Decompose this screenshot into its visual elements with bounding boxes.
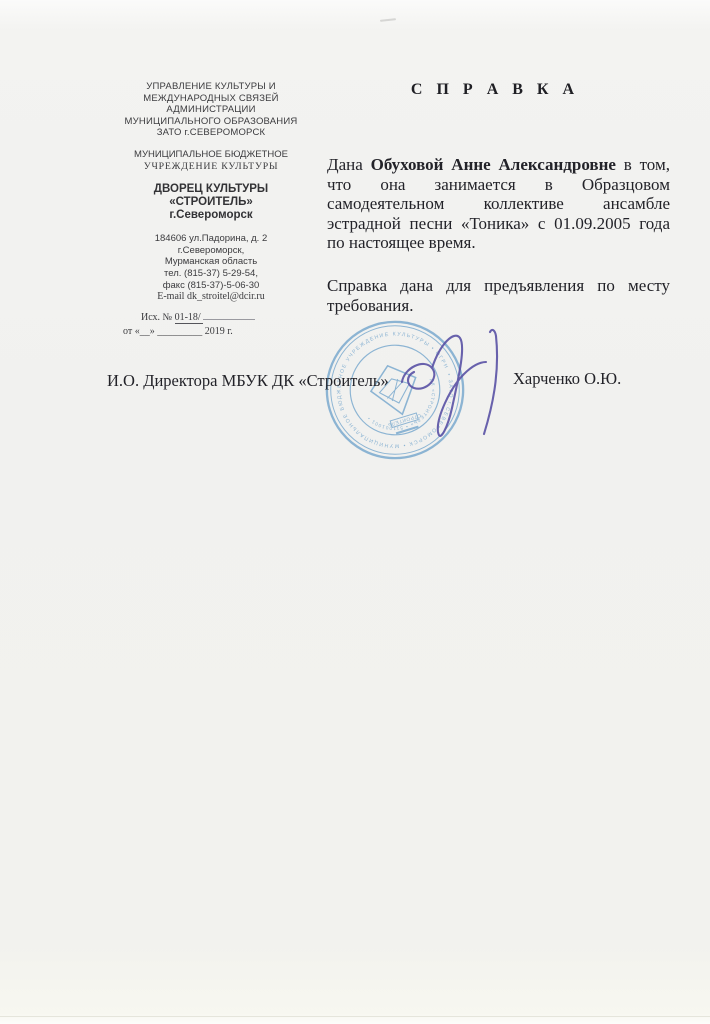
letterhead-address-line: 184606 ул.Падорина, д. 2 xyxy=(95,233,327,245)
letterhead-org-name: ДВОРЕЦ КУЛЬТУРЫ«СТРОИТЕЛЬ»г.Североморск xyxy=(95,183,327,222)
signatory-position: И.О. Директора МБУК ДК «Строитель» xyxy=(107,371,389,391)
letterhead-org-block: УПРАВЛЕНИЕ КУЛЬТУРЫ ИМЕЖДУНАРОДНЫХ СВЯЗЕ… xyxy=(95,81,327,139)
line1-suffix: в том, xyxy=(624,155,670,174)
letterhead-type-line-2: УЧРЕЖДЕНИЕ КУЛЬТУРЫ xyxy=(95,161,327,173)
document-title: С П Р А В К А xyxy=(330,81,660,99)
paragraph-1: Дана Обуховой Анне Александровне в том, … xyxy=(327,155,670,253)
paragraph-2-justified-lines: Справка дана для предъявления по месту xyxy=(327,276,670,296)
letterhead-address-line: тел. (815-37) 5-29-54, xyxy=(95,268,327,280)
paragraph-2-last-line: требования. xyxy=(327,296,670,316)
letterhead-address-line: Мурманская область xyxy=(95,256,327,268)
reference-number-blank xyxy=(203,309,255,320)
letterhead-address: 184606 ул.Падорина, д. 2г.Североморск,Му… xyxy=(95,233,327,291)
letterhead-name-line: г.Североморск xyxy=(95,209,327,222)
reference-number-label: Исх. № xyxy=(123,312,172,323)
body-text-line: Справка дана для предъявления по месту xyxy=(327,276,670,296)
paragraph-2: Справка дана для предъявления по месту т… xyxy=(327,276,670,315)
letterhead-email: E-mail dk_stroitel@dcir.ru xyxy=(95,291,327,303)
letterhead-org-line: МЕЖДУНАРОДНЫХ СВЯЗЕЙ xyxy=(95,93,327,105)
letterhead-type-block: МУНИЦИПАЛЬНОЕ БЮДЖЕТНОЕ УЧРЕЖДЕНИЕ КУЛЬТ… xyxy=(95,149,327,172)
letterhead-org-line: МУНИЦИПАЛЬНОГО ОБРАЗОВАНИЯ xyxy=(95,116,327,128)
letterhead-org-line: УПРАВЛЕНИЕ КУЛЬТУРЫ И xyxy=(95,81,327,93)
paragraph-1-justified-lines: что она занимается в Образцовомсамодеяте… xyxy=(327,175,670,234)
scan-smudge xyxy=(380,18,396,22)
paragraph-1-last-line: по настоящее время. xyxy=(327,233,670,253)
letterhead-org-line: ЗАТО г.СЕВЕРОМОРСК xyxy=(95,127,327,139)
reference-date-line: от «__» _________ 2019 г. xyxy=(123,325,327,339)
recipient-name: Обуховой Анне Александровне xyxy=(371,155,616,174)
paragraph-gap xyxy=(327,253,670,276)
letterhead-address-line: г.Североморск, xyxy=(95,245,327,257)
reference-number-line: Исх. № 01-18/ xyxy=(123,309,327,325)
letterhead-org-line: АДМИНИСТРАЦИИ xyxy=(95,104,327,116)
body-text-line: что она занимается в Образцовом xyxy=(327,175,670,195)
document-body: Дана Обуховой Анне Александровне в том, … xyxy=(327,155,670,315)
letterhead-name-line: ДВОРЕЦ КУЛЬТУРЫ xyxy=(95,183,327,196)
letterhead-address-line: факс (815-37)-5-06-30 xyxy=(95,280,327,292)
document-page: УПРАВЛЕНИЕ КУЛЬТУРЫ ИМЕЖДУНАРОДНЫХ СВЯЗЕ… xyxy=(0,0,710,1024)
body-text-line: эстрадной песни «Тоника» с 01.09.2005 го… xyxy=(327,214,670,234)
signatory-name: Харченко О.Ю. xyxy=(513,369,621,389)
line1-prefix: Дана xyxy=(327,155,363,174)
letterhead-type-line-1: МУНИЦИПАЛЬНОЕ БЮДЖЕТНОЕ xyxy=(95,149,327,161)
letterhead: УПРАВЛЕНИЕ КУЛЬТУРЫ ИМЕЖДУНАРОДНЫХ СВЯЗЕ… xyxy=(95,81,327,339)
handwritten-signature xyxy=(388,316,520,464)
reference-block: Исх. № 01-18/ от «__» _________ 2019 г. xyxy=(95,309,327,339)
body-text-line: самодеятельном коллективе ансамбле xyxy=(327,194,670,214)
letterhead-name-line: «СТРОИТЕЛЬ» xyxy=(95,196,327,209)
body-line-with-name: Дана Обуховой Анне Александровне в том, xyxy=(327,155,670,175)
reference-number-value: 01-18/ xyxy=(175,312,203,324)
